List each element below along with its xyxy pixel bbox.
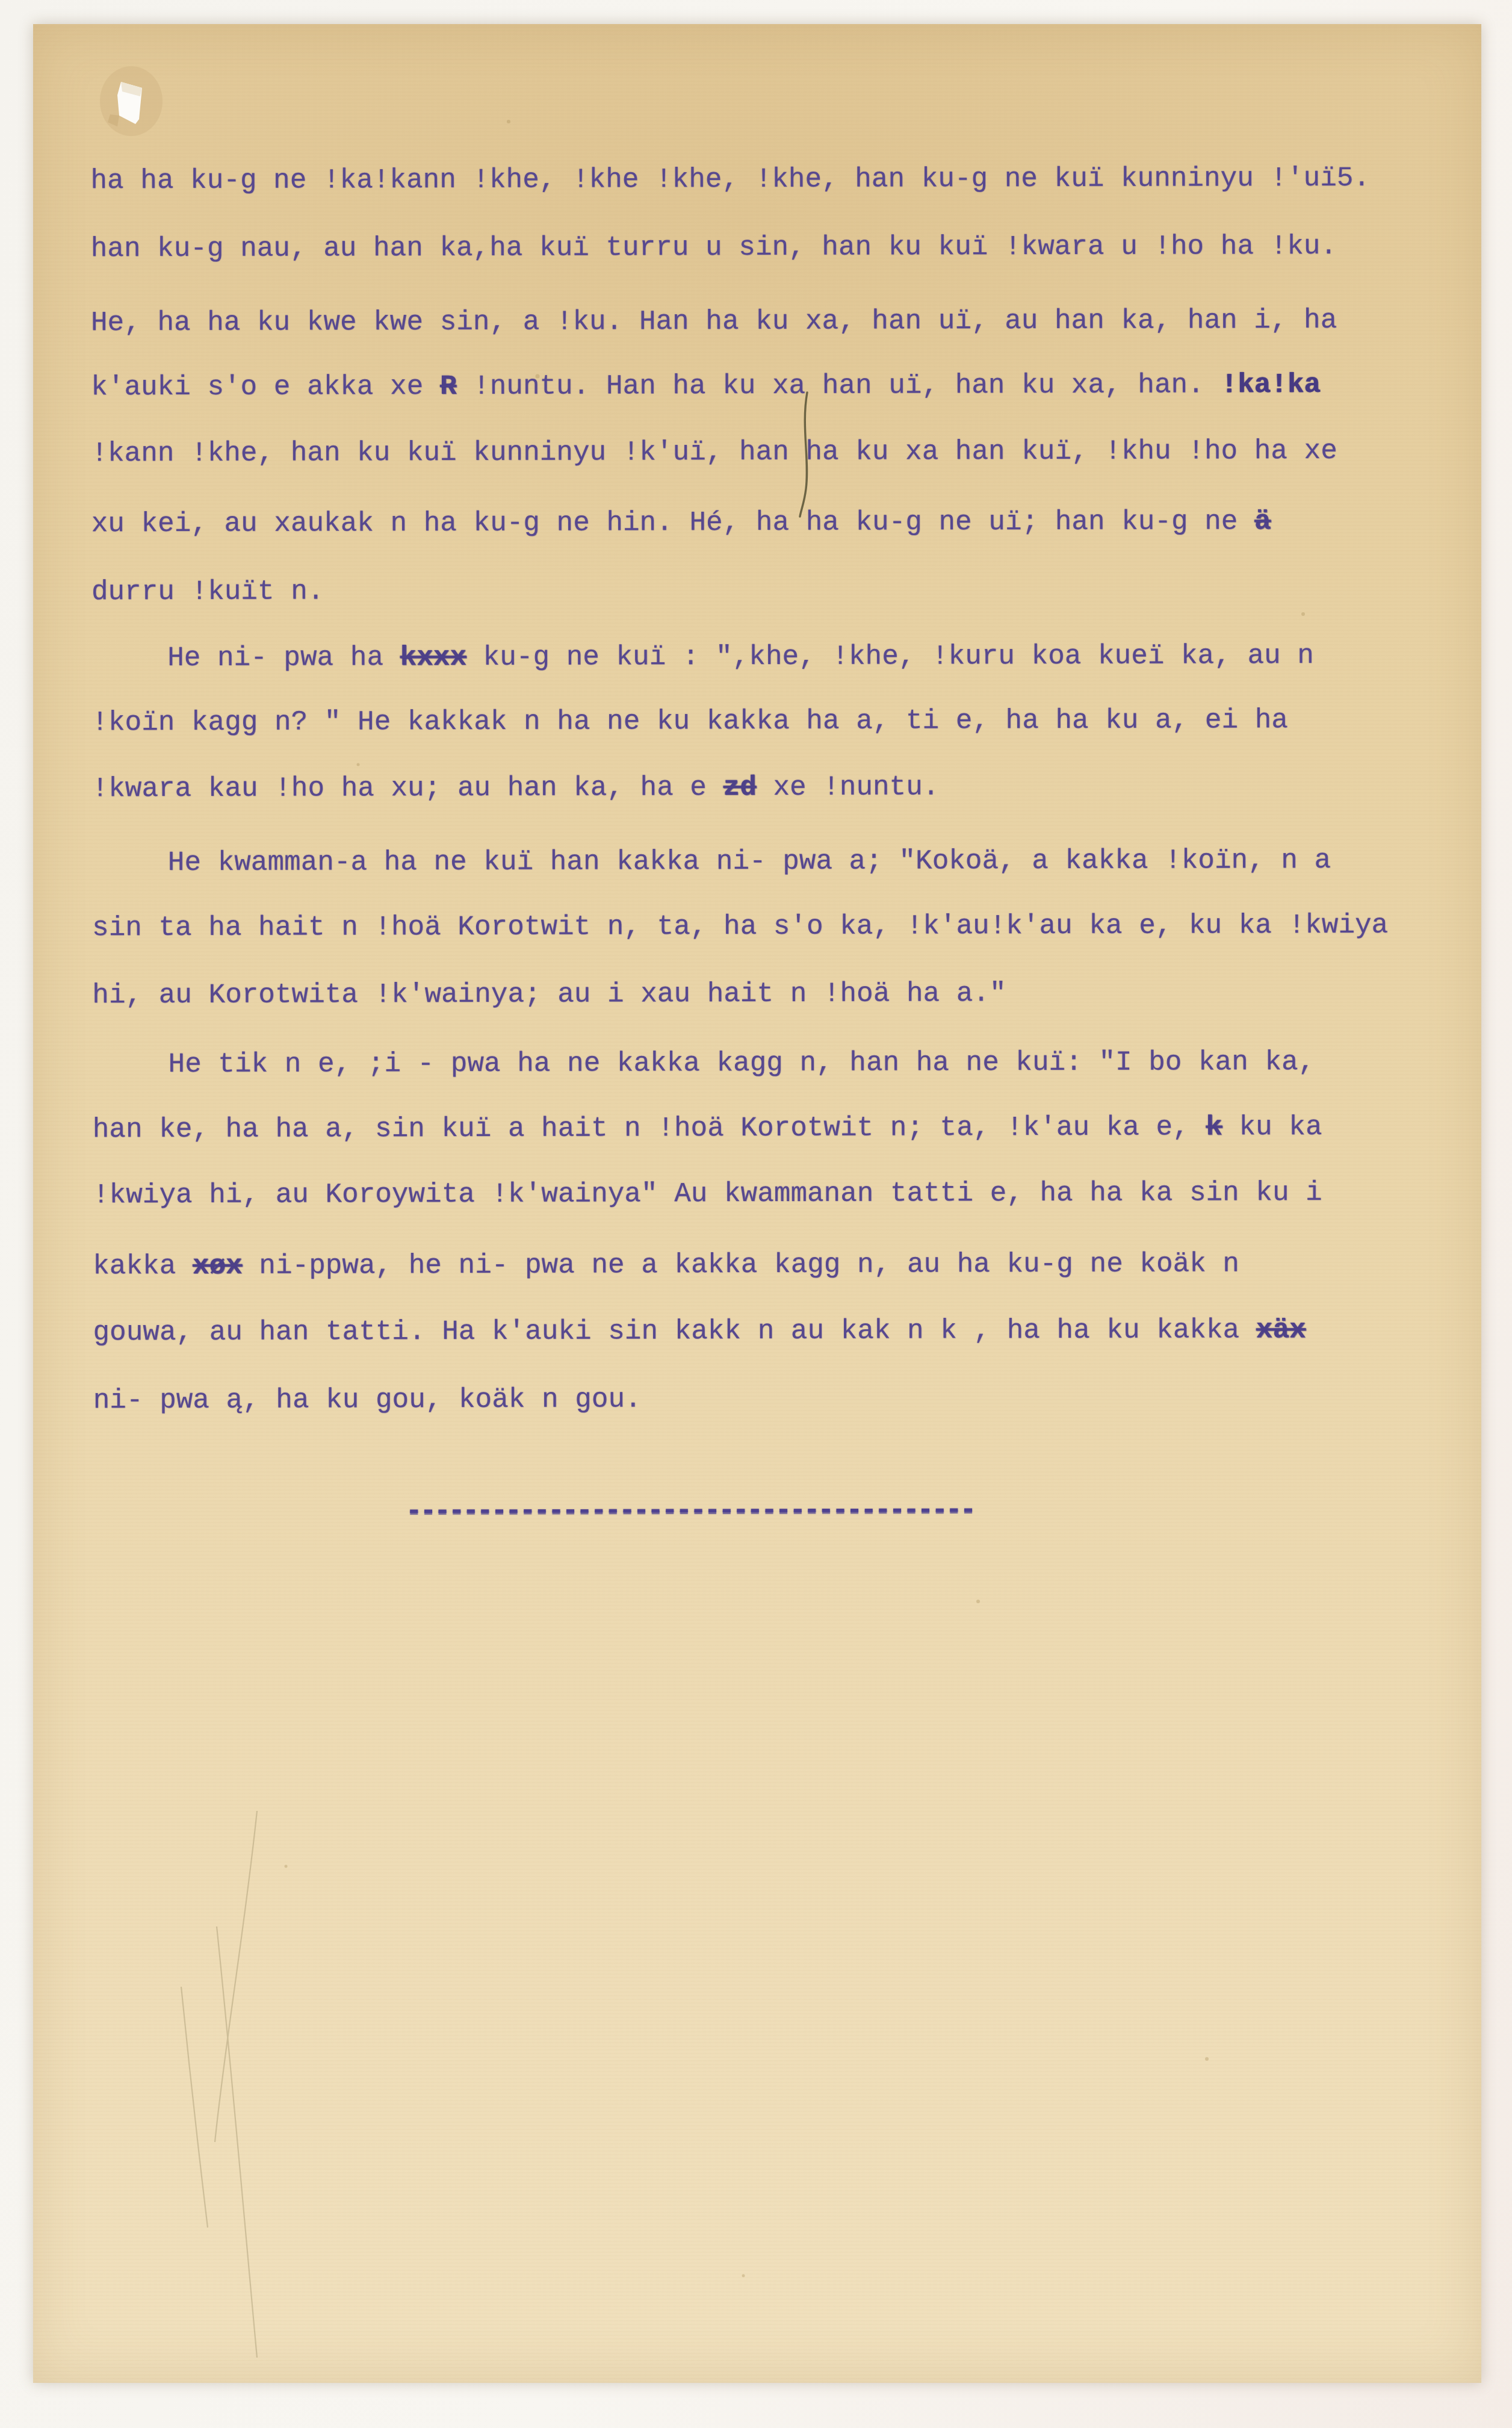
- text-segment: !kwara kau !ho ha xu; au han ka, ha e: [92, 772, 723, 804]
- text-line-9: !koïn kagg n? " He kakkak n ha ne ku kak…: [91, 706, 1288, 736]
- text-line-8: He ni- pwa ha kxxx ku-g ne kuï : ",khe, …: [167, 642, 1314, 672]
- text-segment: He kwamman-a ha ne kuï han kakka ni- pwa…: [168, 845, 1331, 878]
- text-line-7: durru !kuït n.: [91, 578, 324, 606]
- text-line-5: !kann !khe, han ku kuï kunninyu !k'uï, h…: [91, 437, 1337, 467]
- text-segment: He tik n e, ;i - pwa ha ne kakka kagg n,…: [168, 1046, 1315, 1080]
- text-segment: kxxx: [400, 642, 467, 673]
- text-segment: ku ka: [1222, 1111, 1322, 1143]
- text-line-4: k'auki s'o e akka xe R !nuntu. Han ha ku…: [91, 371, 1321, 401]
- typewritten-text: ha ha ku-g ne !ka!kann !khe, !khe !khe, …: [31, 22, 1484, 2384]
- text-segment: R: [440, 371, 457, 402]
- text-segment: sin ta ha hait n !hoä Korotwit n, ta, ha…: [92, 910, 1388, 944]
- text-segment: hi, au Korotwita !k'wainya; au i xau hai…: [92, 978, 1006, 1011]
- text-segment: !nuntu. Han ha ku xa han uï, han ku xa, …: [456, 369, 1221, 402]
- text-segment: ha ha ku-g ne !ka!kann !khe, !khe !khe, …: [90, 163, 1370, 196]
- text-line-16: !kwiya hi, au Koroywita !k'wainya" Au kw…: [93, 1179, 1322, 1209]
- text-segment: !ka!ka: [1221, 369, 1321, 400]
- paper-sheet: ha ha ku-g ne !ka!kann !khe, !khe !khe, …: [33, 24, 1481, 2383]
- text-line-13: hi, au Korotwita !k'wainya; au i xau hai…: [92, 980, 1006, 1009]
- text-segment: k: [1206, 1111, 1222, 1143]
- text-segment: xu kei, au xaukak n ha ku-g ne hin. Hé, …: [91, 506, 1254, 539]
- text-segment: k'auki s'o e akka xe: [91, 371, 440, 403]
- text-line-6: xu kei, au xaukak n ha ku-g ne hin. Hé, …: [91, 508, 1271, 538]
- text-line-17: kakka xøx ni-ppwa, he ni- pwa ne a kakka…: [93, 1250, 1239, 1280]
- text-line-15: han ke, ha ha a, sin kuï a hait n !hoä K…: [93, 1113, 1322, 1143]
- text-segment: ni- pwa ą, ha ku gou, koäk n gou.: [93, 1383, 642, 1416]
- text-line-1: ha ha ku-g ne !ka!kann !khe, !khe !khe, …: [90, 164, 1370, 194]
- text-segment: !kann !khe, han ku kuï kunninyu !k'uï, h…: [91, 435, 1337, 469]
- text-line-2: han ku-g nau, au han ka,ha kuï turru u s…: [91, 232, 1337, 262]
- text-segment: kakka: [93, 1250, 193, 1282]
- text-line-19: ni- pwa ą, ha ku gou, koäk n gou.: [93, 1385, 642, 1414]
- text-segment: !kwiya hi, au Koroywita !k'wainya" Au kw…: [93, 1177, 1322, 1211]
- text-segment: ni-ppwa, he ni- pwa ne a kakka kagg n, a…: [243, 1248, 1239, 1281]
- text-line-11: He kwamman-a ha ne kuï han kakka ni- pwa…: [168, 846, 1331, 877]
- text-segment: ----------------------------------------: [406, 1494, 974, 1527]
- text-segment: He ni- pwa ha: [167, 642, 400, 674]
- text-line-18: gouwa, au han tatti. Ha k'auki sin kakk …: [93, 1316, 1306, 1346]
- scan-background: { "page": { "kind": "typewritten manuscr…: [0, 0, 1512, 2428]
- text-line-10: !kwara kau !ho ha xu; au han ka, ha e zd…: [92, 773, 940, 803]
- text-segment: zd: [723, 772, 756, 803]
- text-segment: xäx: [1256, 1314, 1306, 1346]
- text-segment: !koïn kagg n? " He kakkak n ha ne ku kak…: [91, 704, 1288, 738]
- text-segment: han ke, ha ha a, sin kuï a hait n !hoä K…: [93, 1111, 1206, 1145]
- text-line-14: He tik n e, ;i - pwa ha ne kakka kagg n,…: [168, 1048, 1315, 1078]
- text-segment: xe !nuntu.: [757, 771, 940, 803]
- text-segment: durru !kuït n.: [91, 576, 324, 608]
- text-segment: He, ha ha ku kwe kwe sin, a !ku. Han ha …: [91, 305, 1337, 338]
- text-segment: xøx: [193, 1250, 243, 1282]
- text-line-3: He, ha ha ku kwe kwe sin, a !ku. Han ha …: [91, 306, 1337, 337]
- text-segment: gouwa, au han tatti. Ha k'auki sin kakk …: [93, 1314, 1256, 1348]
- typed-divider-rule: ----------------------------------------: [406, 1496, 974, 1525]
- text-segment: ä: [1254, 506, 1271, 537]
- text-line-12: sin ta ha hait n !hoä Korotwit n, ta, ha…: [92, 911, 1388, 942]
- text-segment: han ku-g nau, au han ka,ha kuï turru u s…: [91, 231, 1337, 264]
- text-segment: ku-g ne kuï : ",khe, !khe, !kuru koa kue…: [466, 640, 1314, 673]
